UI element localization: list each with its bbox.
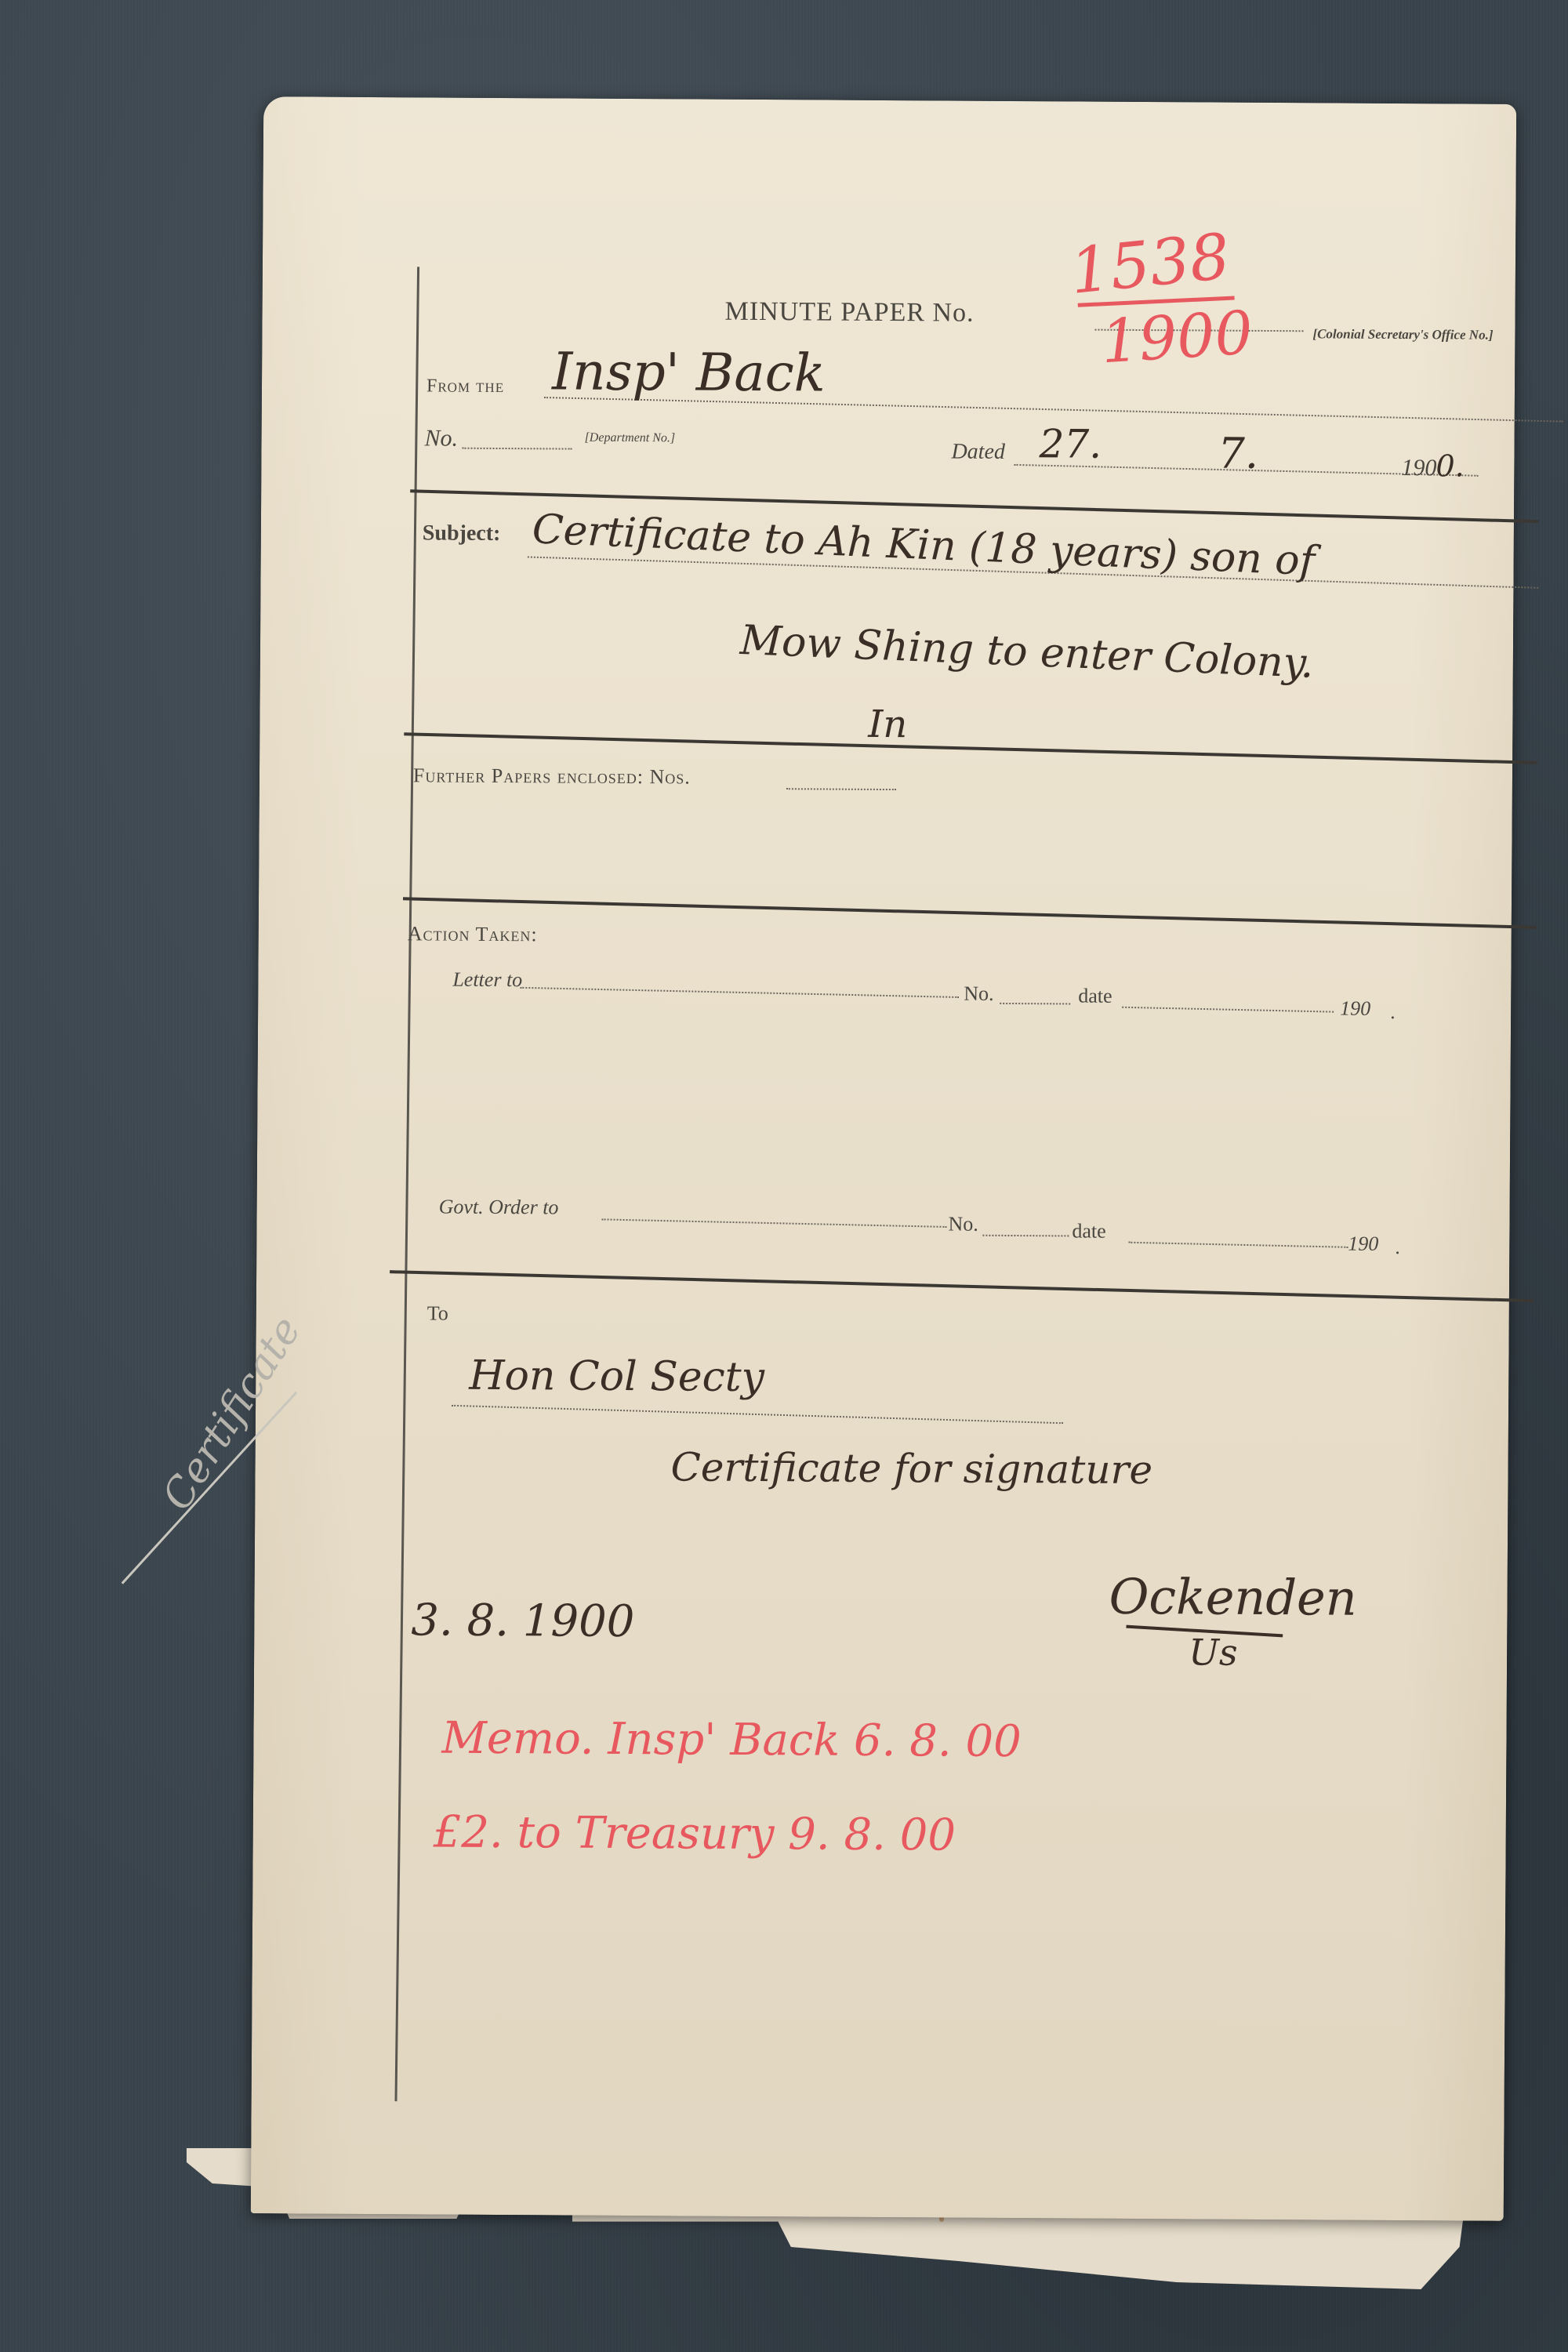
letter-end: . xyxy=(1390,1000,1396,1024)
minute-year: 1900 xyxy=(1099,297,1255,376)
minute-paper-title: MINUTE PAPER No. xyxy=(724,297,974,328)
letter-date-label: date xyxy=(1078,985,1112,1008)
from-label: From the xyxy=(426,376,504,397)
department-no-note: [Department No.] xyxy=(585,431,676,446)
section-divider xyxy=(403,897,1537,929)
minute-date: 3. 8. 1900 xyxy=(411,1595,634,1647)
govt-order-date-line xyxy=(1128,1242,1348,1248)
dated-year-printed: 190 xyxy=(1401,455,1436,481)
to-line xyxy=(452,1405,1063,1424)
to-recipient: Hon Col Secty xyxy=(469,1352,764,1401)
pencil-marginalia: Certificate xyxy=(154,1308,310,1519)
subject-line-3-text: In xyxy=(868,702,907,746)
dated-label: Dated xyxy=(951,440,1005,465)
minute-paper-sheet: MINUTE PAPER No. 1538 1900 [Colonial Sec… xyxy=(251,96,1516,2221)
subject-label: Subject: xyxy=(423,521,501,546)
letter-date-line xyxy=(1122,1007,1334,1013)
govt-order-line xyxy=(602,1218,947,1228)
further-papers-line xyxy=(786,788,896,790)
signature-title: Us xyxy=(1189,1631,1238,1673)
dated-year-suffix: 0. xyxy=(1436,448,1465,483)
to-note: Certificate for signature xyxy=(670,1444,1152,1493)
subject-line-1-text: Certificate to Ah Kin (18 years) son of xyxy=(532,506,1316,585)
office-number-note: [Colonial Secretary's Office No.] xyxy=(1312,326,1493,343)
department-no-label: No. xyxy=(424,425,458,452)
govt-order-year: 190 xyxy=(1348,1232,1378,1256)
red-annotation-treasury: £2. to Treasury 9. 8. 00 xyxy=(434,1807,956,1861)
letter-year: 190 xyxy=(1340,997,1370,1021)
dated-month: 7. xyxy=(1218,429,1258,478)
govt-order-end: . xyxy=(1395,1236,1400,1259)
letter-to-line xyxy=(520,987,959,998)
action-taken-label: Action Taken: xyxy=(408,922,538,946)
letter-to-label: Letter to xyxy=(452,968,522,993)
letter-no-line xyxy=(1000,1003,1070,1005)
red-annotation-memo: Memo. Insp' Back 6. 8. 00 xyxy=(441,1713,1022,1768)
margin-rule xyxy=(394,267,419,2101)
section-divider xyxy=(390,1270,1534,1302)
from-value: Insp' Back xyxy=(552,341,826,403)
letter-no-label: No. xyxy=(964,982,993,1006)
subject-line-2-text: Mow Shing to enter Colony. xyxy=(739,617,1315,688)
section-divider xyxy=(404,732,1537,764)
further-papers-label: Further Papers enclosed: Nos. xyxy=(413,764,691,789)
govt-order-label: Govt. Order to xyxy=(439,1196,559,1220)
govt-order-no-line xyxy=(982,1235,1069,1237)
minute-number: 1538 xyxy=(1067,220,1233,308)
dated-day: 27. xyxy=(1039,421,1102,466)
to-label: To xyxy=(427,1301,448,1325)
govt-order-no-label: No. xyxy=(948,1213,978,1236)
department-no-line xyxy=(463,448,572,450)
govt-order-date-label: date xyxy=(1072,1219,1105,1243)
signature: Ockenden xyxy=(1109,1568,1357,1627)
